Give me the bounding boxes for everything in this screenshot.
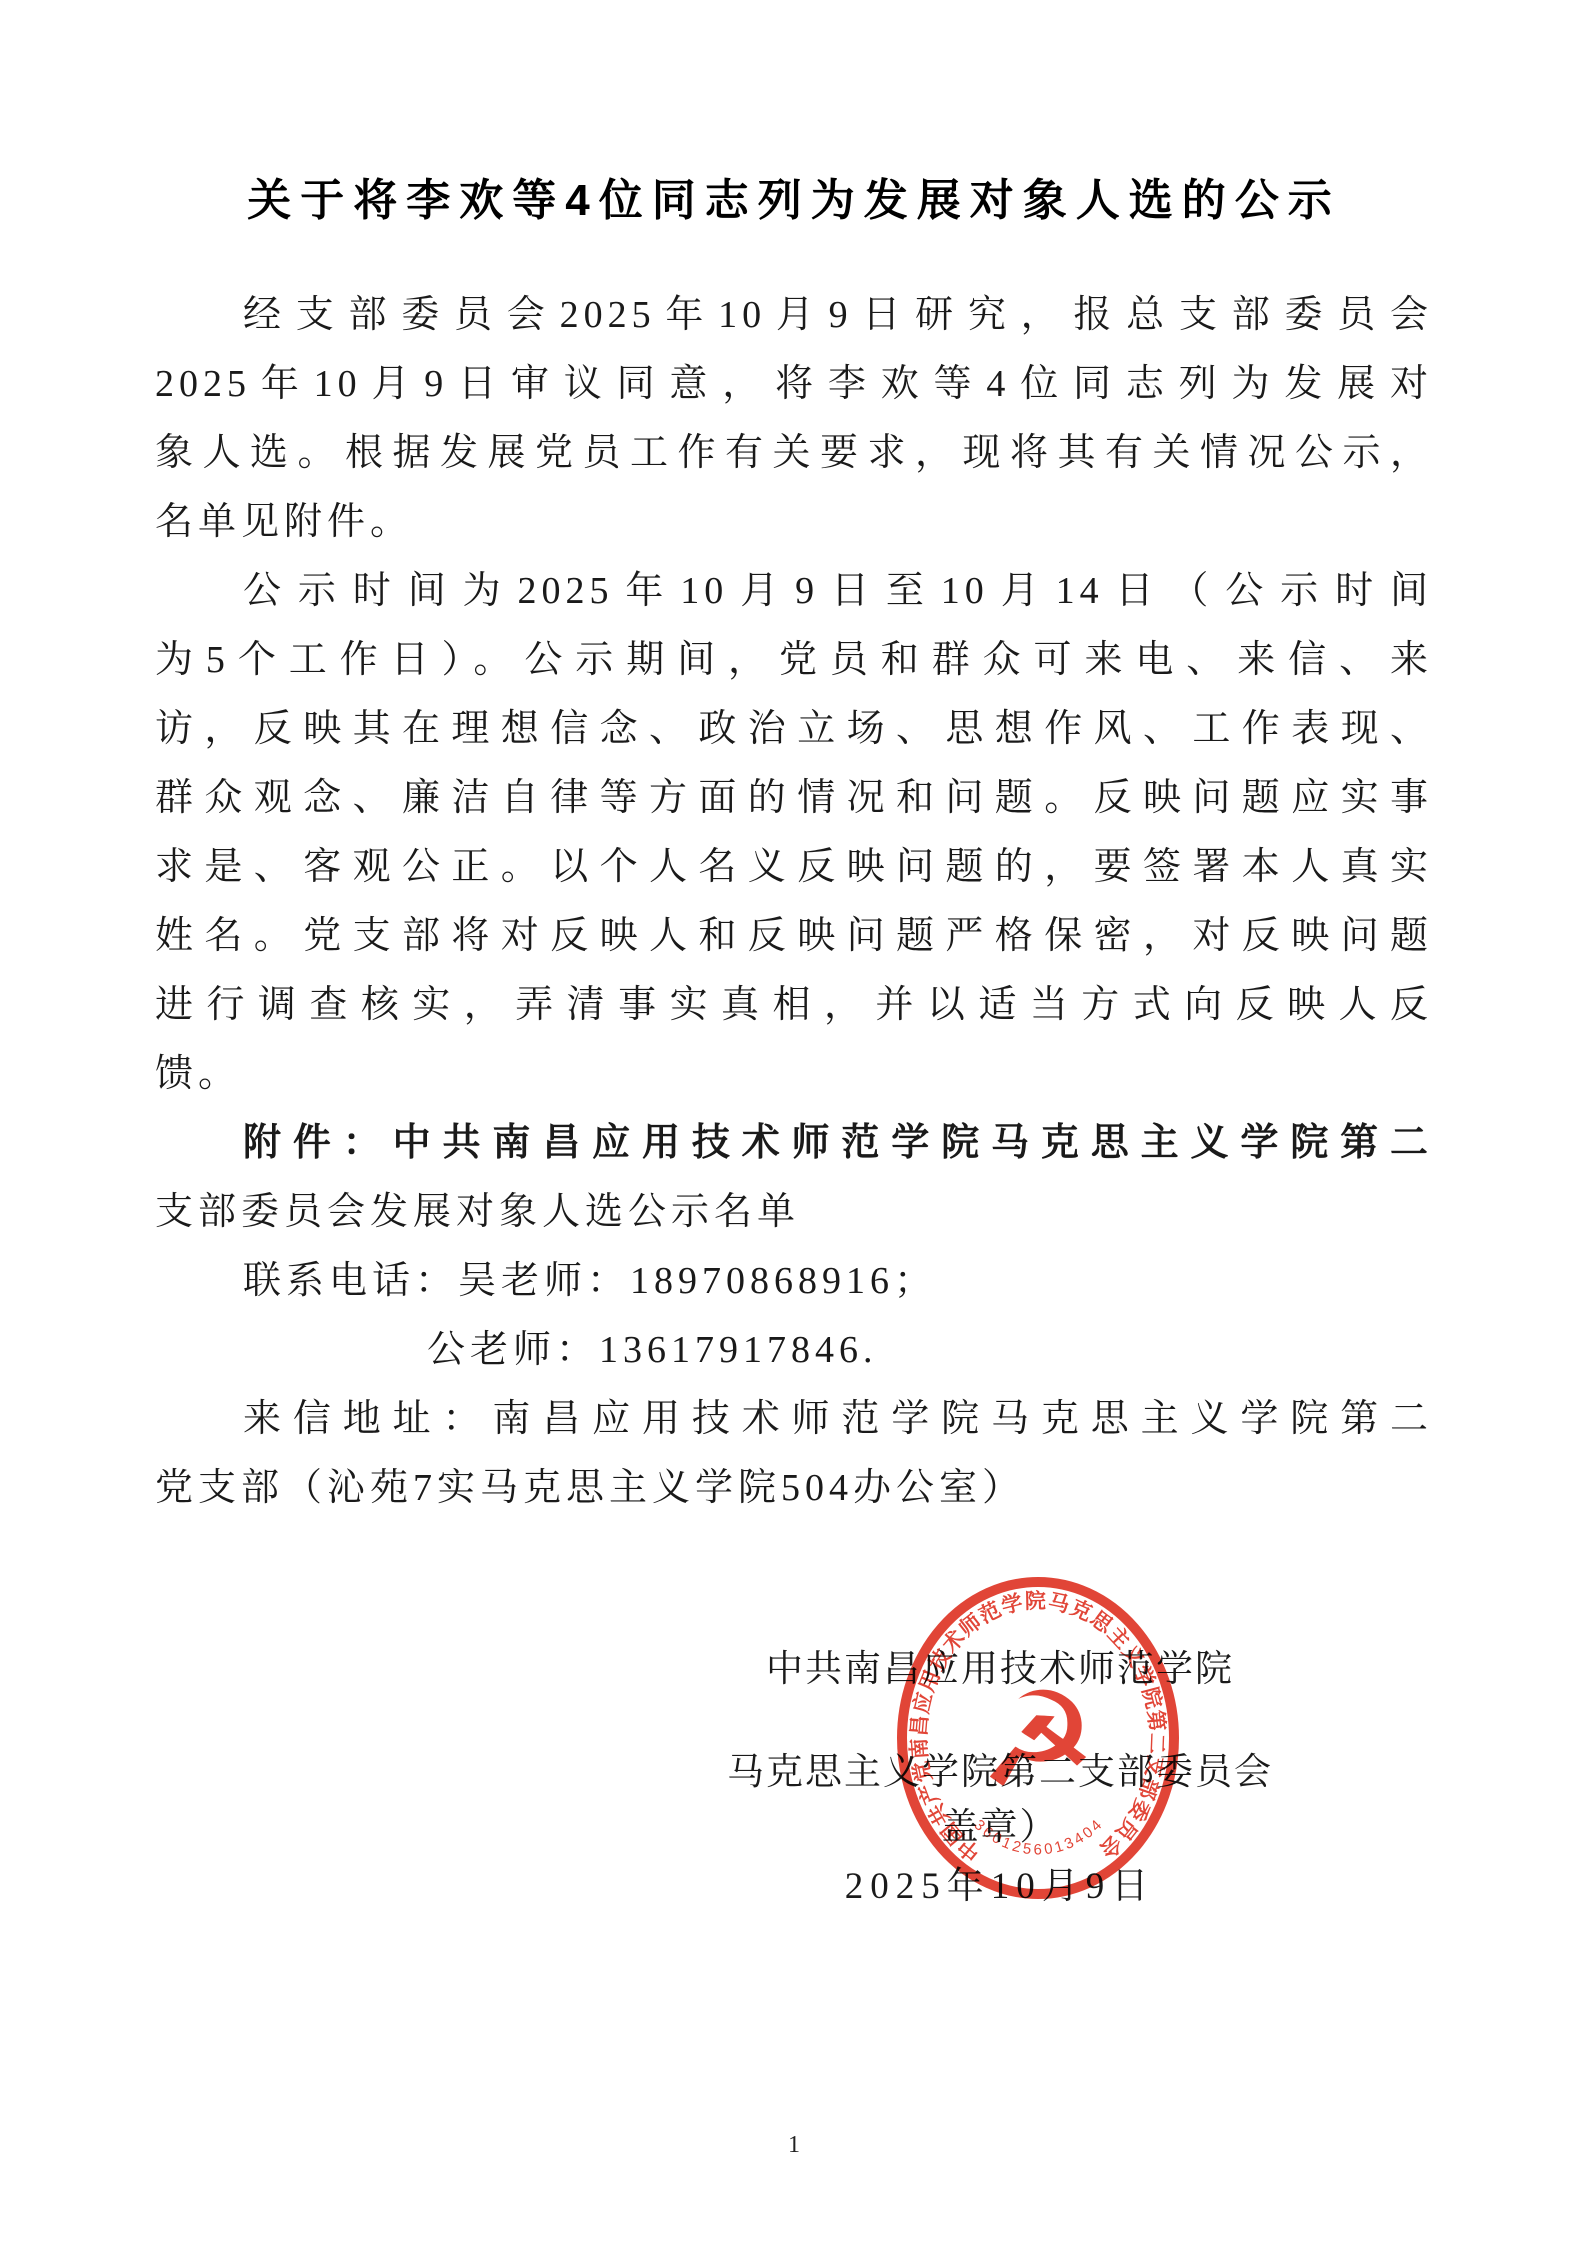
signature-org-line-2: 马克思主义学院第二支部委员会 [640,1741,1360,1795]
body-line: 姓名。党支部将对反映人和反映问题严格保密，对反映问题 [155,902,1433,971]
attachment-title-line: 支部委员会发展对象人选公示名单 [155,1178,1433,1247]
document-title: 关于将李欢等4位同志列为发展对象人选的公示 [0,164,1588,228]
body-line: 2025年10月9日审议同意，将李欢等4位同志列为发展对 [155,350,1433,419]
signature-stamp-note: 盖章） [640,1796,1360,1850]
body-line: 经支部委员会2025年10月9日研究，报总支部委员会 [155,281,1433,350]
attachment-title-line: 附件：中共南昌应用技术师范学院马克思主义学院第二 [155,1109,1433,1178]
document-page: 关于将李欢等4位同志列为发展对象人选的公示 经支部委员会2025年10月9日研究… [0,0,1588,2245]
contact-phone-line: 联系电话：吴老师：18970868916； [155,1247,1433,1316]
body-line: 访，反映其在理想信念、政治立场、思想作风、工作表现、 [155,695,1433,764]
contact-phone-line: 公老师：13617917846. [155,1316,1433,1385]
signature-org-line-1: 中共南昌应用技术师范学院 [640,1638,1360,1692]
official-seal: 中国共产党南昌应用技术师范学院马克思主义学院第二支部委员会 3601256013… [893,1574,1183,1902]
signature-date: 2025年10月9日 [640,1855,1360,1909]
body-line: 为5个工作日）。公示期间，党员和群众可来电、来信、来 [155,626,1433,695]
body-line: 进行调查核实，弄清事实真相，并以适当方式向反映人反 [155,971,1433,1040]
page-number: 1 [0,2132,1588,2159]
body-line: 公示时间为2025年10月9日至10月14日（公示时间 [155,557,1433,626]
contact-address-line: 来信地址：南昌应用技术师范学院马克思主义学院第二 [155,1385,1433,1454]
contact-address-line: 党支部（沁苑7实马克思主义学院504办公室） [155,1454,1433,1523]
body-line: 求是、客观公正。以个人名义反映问题的，要签署本人真实 [155,833,1433,902]
body-line: 象人选。根据发展党员工作有关要求，现将其有关情况公示， [155,419,1433,488]
body-line: 群众观念、廉洁自律等方面的情况和问题。反映问题应实事 [155,764,1433,833]
body-line: 馈。 [155,1040,1433,1109]
body-line: 名单见附件。 [155,488,1433,557]
document-body: 经支部委员会2025年10月9日研究，报总支部委员会 2025年10月9日审议同… [155,281,1433,1523]
